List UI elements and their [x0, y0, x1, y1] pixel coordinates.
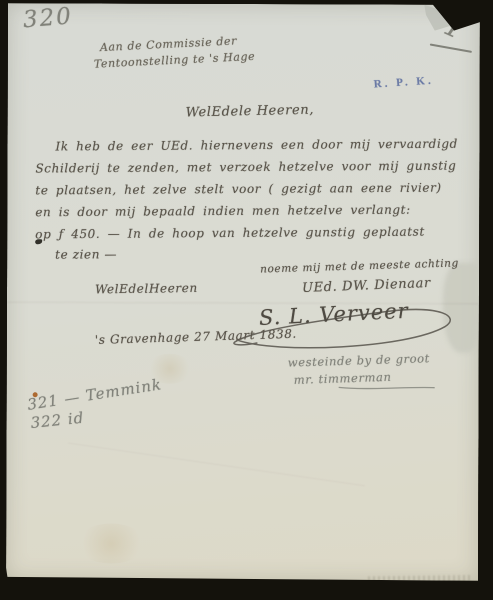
paper-stain — [76, 523, 146, 563]
photo-background: { "document": { "inventory_number": "320… — [0, 0, 493, 600]
inventory-number: 320 — [22, 3, 74, 33]
signature-flourish — [227, 296, 471, 355]
scanned-letter-photo: 320 1 Aan de Commissie der Tentoonstelli… — [0, 0, 493, 600]
body-line-2: Schilderij te zenden, met verzoek hetzel… — [35, 159, 456, 176]
crease-line — [68, 443, 365, 487]
body-line-3: te plaatsen, het zelve stelt voor ( gezi… — [35, 181, 441, 198]
closing-valediction: WelEdelHeeren — [95, 281, 198, 296]
rpk-collection-stamp: R. P. K. — [373, 75, 434, 91]
body-line-6: te zien — — [55, 247, 117, 261]
body-line-4: en is door mij bepaald indien men hetzel… — [35, 203, 411, 220]
pencil-note-321: 321 — Temmink — [26, 375, 163, 414]
pencil-note-underline — [337, 382, 437, 392]
salutation: WelEdele Heeren, — [185, 103, 314, 121]
page-number-underline — [423, 33, 478, 55]
body-line-5: op ƒ 450. — In de hoop van hetzelve guns… — [35, 225, 425, 242]
body-line-1: Ik heb de eer UEd. hiernevens een door m… — [55, 137, 458, 154]
closing-compliment: noeme mij met de meeste achting — [260, 257, 459, 275]
faint-pencil-inscription — [368, 575, 472, 583]
closing-servant-line: UEd. DW. Dienaar — [302, 276, 431, 296]
letter-paper: 320 1 Aan de Commissie der Tentoonstelli… — [6, 3, 480, 581]
